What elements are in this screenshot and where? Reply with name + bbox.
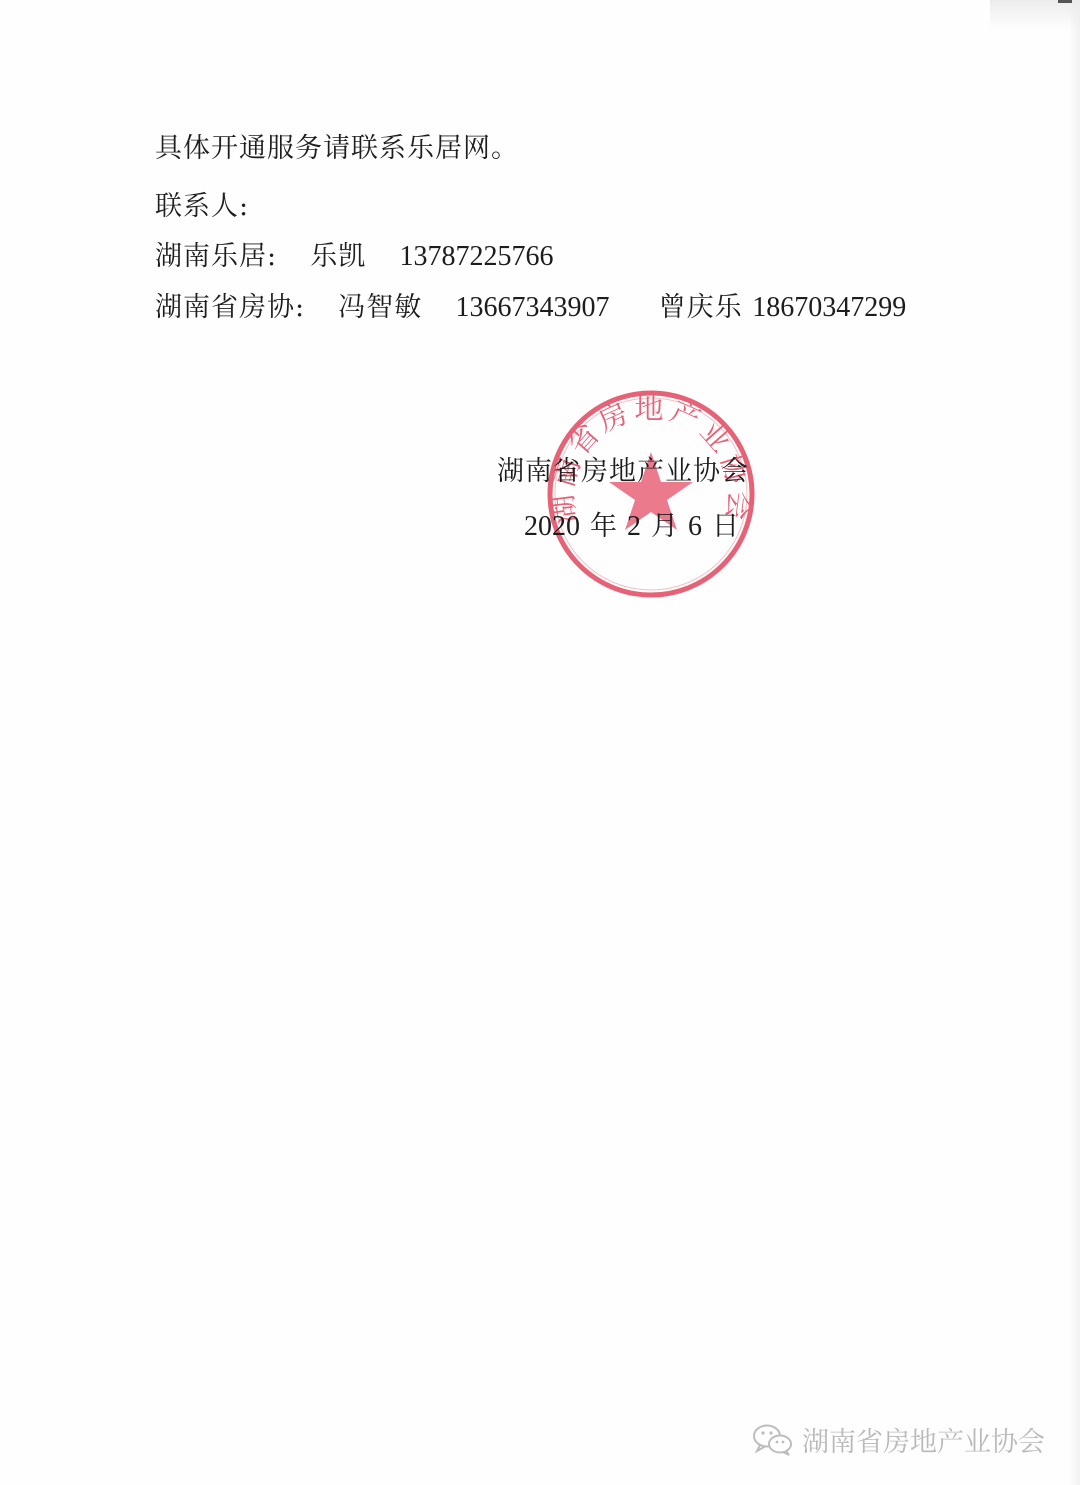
contact-org: 湖南省房协: <box>155 292 305 323</box>
contact-name: 乐凯 <box>310 241 366 272</box>
service-note-text: 具体开通服务请联系乐居网。 <box>155 133 519 164</box>
date-day: 6 <box>688 511 702 542</box>
page-edge-shadow <box>1068 0 1080 1485</box>
contact-row-association: 湖南省房协: 冯智敏 13667343907 曾庆乐 18670347299 <box>155 294 906 322</box>
contacts-label-text: 联系人: <box>155 191 249 222</box>
date-month: 2 <box>627 511 641 542</box>
signing-organization: 湖南省房地产业协会 <box>497 458 749 485</box>
contact-row-lejü: 湖南乐居: 乐凯 13787225766 <box>155 243 553 271</box>
official-seal: 湖南省房地产业协会 <box>545 388 757 600</box>
contact-phone: 13667343907 <box>455 292 609 323</box>
contact-phone: 13787225766 <box>399 241 553 272</box>
date-year: 2020 <box>524 511 580 542</box>
contact-name: 冯智敏 <box>338 292 422 323</box>
contact-phone-2: 18670347299 <box>752 292 906 323</box>
signing-date: 2020年2月6日 <box>524 513 739 541</box>
contacts-label: 联系人: <box>155 193 249 220</box>
contact-name-2: 曾庆乐 <box>659 292 743 323</box>
date-month-unit: 月 <box>651 511 678 542</box>
contact-org: 湖南乐居: <box>155 241 277 272</box>
watermark-text: 湖南省房地产业协会 <box>802 1420 1045 1459</box>
date-day-unit: 日 <box>712 511 739 542</box>
date-year-unit: 年 <box>590 511 617 542</box>
scan-shadow <box>990 0 1080 30</box>
wechat-icon <box>752 1423 794 1457</box>
signing-organization-text: 湖南省房地产业协会 <box>497 456 749 487</box>
service-note: 具体开通服务请联系乐居网。 <box>155 135 519 162</box>
scan-corner-mark <box>1058 0 1072 3</box>
wechat-watermark: 湖南省房地产业协会 <box>752 1420 1045 1459</box>
